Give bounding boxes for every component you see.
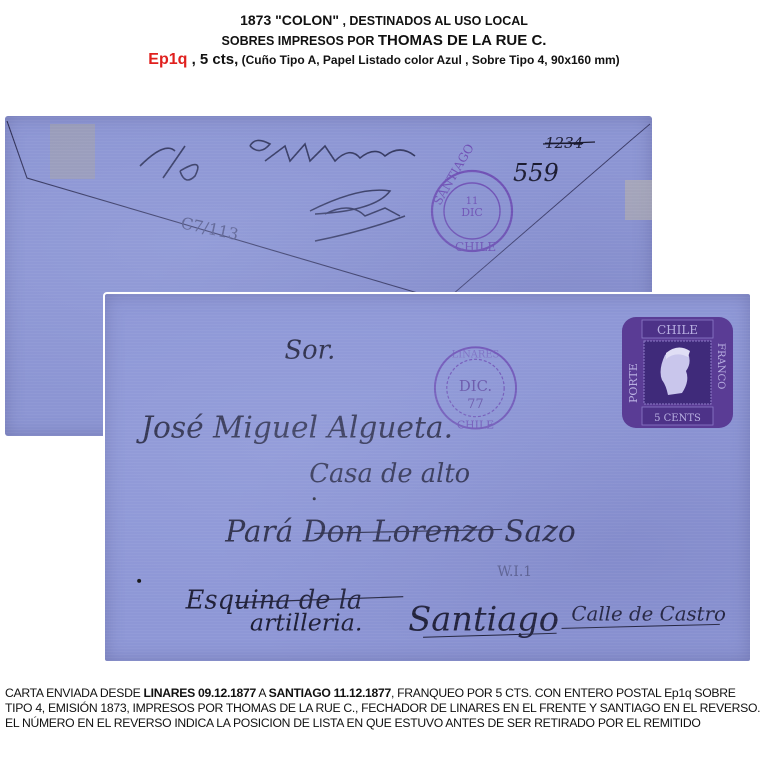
svg-text:CHILE: CHILE (455, 240, 496, 254)
svg-text:PORTE: PORTE (627, 363, 640, 403)
stamp-value: , 5 cts, (187, 51, 238, 68)
address-street-new: Calle de Castro (571, 602, 726, 625)
svg-text:C7/113: C7/113 (179, 213, 240, 244)
address-line-house: Casa de alto (309, 459, 470, 489)
svg-text:11: 11 (466, 196, 479, 207)
svg-text:DIC: DIC (461, 206, 483, 219)
svg-text:77: 77 (467, 397, 483, 412)
address-city: Santiago (408, 599, 559, 638)
title-subtitle: , DESTINADOS AL USO LOCAL (339, 14, 528, 28)
stamp-details: (Cuño Tipo A, Papel Listado color Azul ,… (238, 53, 619, 67)
svg-text:FRANCO: FRANCO (715, 343, 726, 389)
address-name: José Miguel Algueta. (136, 409, 453, 444)
svg-text:DIC.: DIC. (459, 378, 492, 395)
svg-text:5 CENTS: 5 CENTS (654, 413, 701, 424)
title-line-2: SOBRES IMPRESOS POR THOMAS DE LA RUE C. (0, 32, 768, 49)
description-caption: CARTA ENVIADA DESDE LINARES 09.12.1877 A… (5, 686, 763, 731)
title-printer: THOMAS DE LA RUE C. (378, 32, 547, 49)
svg-text:559: 559 (513, 159, 559, 187)
address-street: artilleria. (250, 608, 362, 636)
address-forward: Pará Don Lorenzo Sazo (224, 513, 576, 548)
title-year: 1873 "COLON" (240, 12, 339, 28)
destination-date: SANTIAGO 11.12.1877 (269, 686, 391, 700)
santiago-postmark: DIC 11 SANTIAGO CHILE (430, 141, 512, 254)
svg-text:CHILE: CHILE (457, 419, 494, 432)
embossed-stamp: CHILE 5 CENTS PORTE FRANCO (620, 315, 735, 430)
svg-text:CHILE: CHILE (657, 323, 698, 337)
catalog-code: Ep1q (148, 51, 187, 68)
pencil-note-front: W.I.1 (497, 564, 532, 580)
origin-date: LINARES 09.12.1877 (144, 686, 256, 700)
title-line-1: 1873 "COLON" , DESTINADOS AL USO LOCAL (0, 12, 768, 28)
address-salutation: Sor. (285, 335, 336, 365)
title-printer-prefix: SOBRES IMPRESOS POR (222, 34, 378, 48)
title-line-3: Ep1q , 5 cts, (Cuño Tipo A, Papel Listad… (0, 51, 768, 69)
svg-text:LINARES: LINARES (452, 349, 500, 360)
